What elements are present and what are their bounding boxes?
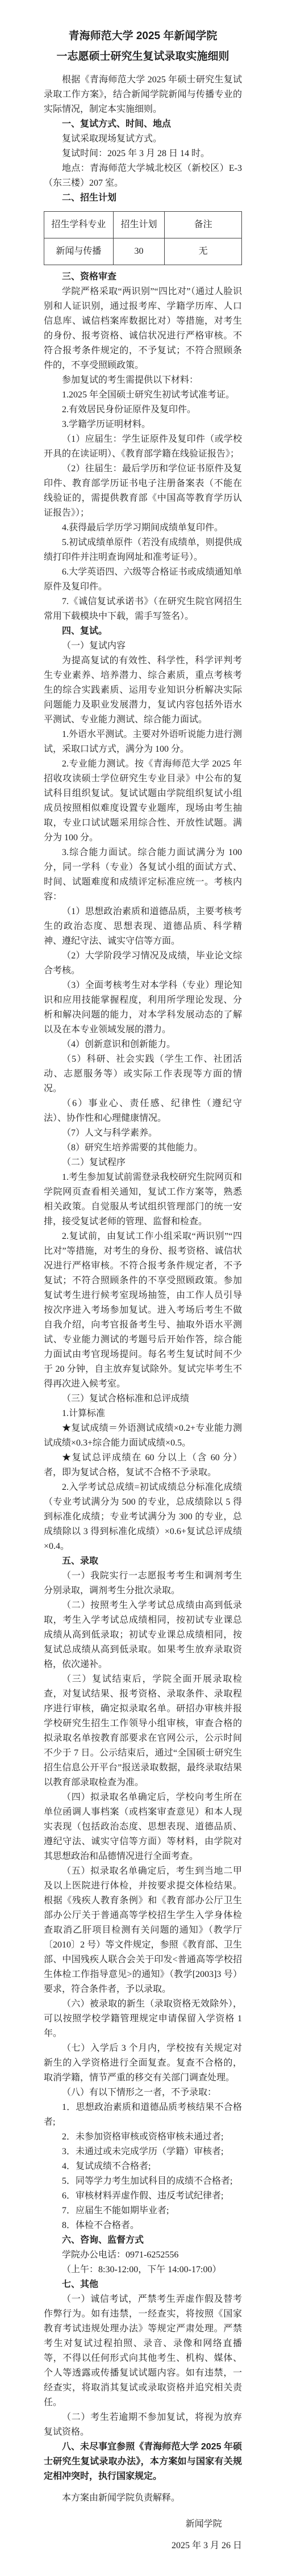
table-cell: 30: [113, 238, 164, 265]
paragraph: 1．思想政治素质和道德品质考核结果不合格者;: [44, 2100, 242, 2130]
paragraph: （4）创新意识和创新能力。: [44, 1037, 242, 1052]
paragraph: （二）复试程序: [44, 1155, 242, 1170]
paragraph: （3）全面考核考生对本学科（专业）理论知识和应用技能掌握程度，利用所学理论发现、…: [44, 978, 242, 1037]
paragraph: （2）大学阶段学习情况及成绩，毕业论文综合考核。: [44, 949, 242, 978]
paragraph: （二）考生若逾期不参加复试，将视为放弃复试资格。: [44, 2410, 242, 2440]
paragraph: 复试时间：2025 年 3 月 28 日 14 时。: [44, 146, 242, 161]
paragraph: 2．未参加资格审核或资格审核未通过者;: [44, 2130, 242, 2144]
paragraph: 5.初试成绩单原件（若没有成绩单，则提供成绩打印件并注明查询网址和准考证号）。: [44, 535, 242, 565]
paragraph: （七）入学后 3 个月内，学校按有关规定对新生的入学资格进行全面复查。复查不合格…: [44, 2041, 242, 2085]
admission-plan-table: 招生学科专业招生计划备注新闻与传播30无: [44, 211, 242, 265]
paragraph: （一）复试内容: [44, 639, 242, 654]
paragraph: 八、未尽事宜参照《青海师范大学 2025 年硕士研究生复试录取办法》，本方案如与…: [44, 2440, 242, 2484]
table-header-cell: 备注: [165, 212, 242, 238]
signature-date: 2025 年 3 月 26 日: [44, 2539, 242, 2553]
paragraph: 复试采取现场复试方式。: [44, 132, 242, 146]
paragraph: 7．应届生不能如期毕业者;: [44, 2204, 242, 2218]
paragraph: （六）被录取的新生（录取资格无效除外），可以按照学校学籍管理规定申请保留入学资格…: [44, 1997, 242, 2041]
paragraph: 本方案由新闻学院负责解释。: [44, 2491, 242, 2506]
paragraph: （一）诚信考试，严禁考生弄虚作假及替考作弊行为。如有违禁，一经查实，将按照《国家…: [44, 2292, 242, 2410]
document-page: 青海师范大学 2025 年新闻学院一志愿硕士研究生复试录取实施细则根据《青海师范…: [0, 0, 284, 2576]
section-heading: 六、咨询、监督方式: [44, 2233, 242, 2248]
paragraph: （6）事业心、责任感、纪律性（遵纪守法）、协作性和心理健康情况。: [44, 1096, 242, 1126]
paragraph: 4.获得最后学历学习期间成绩单复印件。: [44, 521, 242, 535]
paragraph: 6.大学英语四、六级等合格证书或成绩通知单原件及复印件。: [44, 565, 242, 594]
paragraph: 2.有效居民身份证原件及复印件。: [44, 403, 242, 417]
paragraph: 7.《诚信复试承诺书》（在研究生院官网招生常用下载模块中下载，需手写签名）。: [44, 594, 242, 624]
section-heading: 七、其他: [44, 2277, 242, 2292]
paragraph: 地点：青海师范大学城北校区（新校区）E-3（东三楼）207 室。: [44, 161, 242, 191]
paragraph: 学院办公电话：0971-6252556: [44, 2248, 242, 2263]
section-heading: 一、复试方式、时间、地点: [44, 117, 242, 132]
paragraph: （五）拟录取名单确定后，考生到当地二甲及以上医院进行体检，并按要求提交体检结果。…: [44, 1864, 242, 1997]
doc-title-line: 青海师范大学 2025 年新闻学院: [44, 26, 242, 47]
paragraph: （5）科研、社会实践（学生工作、社团活动、志愿服务等）或实际工作表现等方面的情况…: [44, 1052, 242, 1096]
paragraph: （二）按照考生入学考试总成绩由高到低录取，考生入学考试总成绩相同，按初试专业课总…: [44, 1598, 242, 1672]
paragraph: （三）复试合格标准和总评成绩: [44, 1392, 242, 1406]
table-cell: 无: [165, 238, 242, 265]
paragraph: 1.2025 年全国硕士研究生初试考试准考证。: [44, 388, 242, 403]
section-heading: 五、录取: [44, 1554, 242, 1569]
paragraph: 3.学籍学历证明材料。: [44, 417, 242, 432]
paragraph: （7）人文与科学素养。: [44, 1126, 242, 1141]
paragraph: 3．未通过或未完成学历（学籍）审核者;: [44, 2144, 242, 2159]
paragraph: （1）应届生：学生证原件及复印件（或学校开具的在读证明）、《教育部学籍在线验证报…: [44, 432, 242, 462]
paragraph: 4．复试成绩不合格者;: [44, 2159, 242, 2174]
paragraph: （一）我院实行一志愿报考考生和调剂考生分别录取，调剂考生分批次录取。: [44, 1569, 242, 1598]
table-header-row: 招生学科专业招生计划备注: [44, 212, 242, 238]
paragraph: （三）复试结束后，学院全面开展录取检查，对复试结果、报考资格、录取条件、录取程序…: [44, 1672, 242, 1790]
table-header-cell: 招生学科专业: [44, 212, 114, 238]
paragraph: 为提高复试的有效性、科学性，科学评判考生专业素养、培养潜力、综合素质，重点考核考…: [44, 654, 242, 727]
paragraph: 根据《青海师范大学 2025 年硕士研究生复试录取工作方案》，结合新闻学院新闻与…: [44, 73, 242, 117]
paragraph: （1）思想政治素质和道德品质，主要考核考生的政治态度、思想表现、道德品质、科学精…: [44, 904, 242, 949]
section-heading: 三、资格审查: [44, 270, 242, 284]
doc-title-line: 一志愿硕士研究生复试录取实施细则: [44, 47, 242, 67]
table-header-cell: 招生计划: [113, 212, 164, 238]
paragraph: 2.专业能力测试。按《青海师范大学 2025 年招收攻读硕士学位研究生专业目录》…: [44, 757, 242, 845]
paragraph: （上午：8:30-12:00，下午 14:00-17:00）: [44, 2263, 242, 2277]
table-cell: 新闻与传播: [44, 238, 114, 265]
paragraph: （8）研究生培养需要的其他能力。: [44, 1141, 242, 1155]
paragraph: 2.复试前，由复试工作小组采取“两识别”“四比对”等措施，对考生的身份、报考资格…: [44, 1229, 242, 1392]
signature-org: 新闻学院: [44, 2517, 242, 2532]
paragraph: 2.入学考试总成绩=初试成绩总分标准化成绩（专业考试满分为 500 的专业，总成…: [44, 1480, 242, 1554]
paragraph: 5．同等学力考生加试科目的成绩不合格者;: [44, 2174, 242, 2189]
paragraph: （八）有以下情形之一者，不予录取：: [44, 2085, 242, 2100]
paragraph: 6．审核材料弄虚作假、违反考试纪律者;: [44, 2189, 242, 2204]
paragraph: 参加复试的考生需提供以下材料：: [44, 373, 242, 388]
paragraph: 3.综合能力面试。综合能力面试满分为 100 分，同一学科（专业）各复试小组的面…: [44, 845, 242, 904]
paragraph: （四）拟录取名单确定后，学校向考生所在单位函调人事档案（或档案审查意见）和本人现…: [44, 1790, 242, 1864]
paragraph: （2）往届生：最后学历和学位证书原件及复印件、教育部学历证书电子注册备案表（不能…: [44, 462, 242, 521]
paragraph: 1.外语水平测试。主要对外语听说能力进行测试，采取口试方式，满分为 100 分。: [44, 727, 242, 757]
paragraph: ★复试成绩＝外语测试成绩×0.2+专业能力测试成绩×0.3+综合能力面试成绩×0…: [44, 1421, 242, 1451]
paragraph: ★复试总评成绩在 60 分以上（含 60 分）者，即为复试合格，复试不合格不予录…: [44, 1451, 242, 1480]
paragraph: 1.计算标准: [44, 1406, 242, 1421]
paragraph: 8．体检不合格者。: [44, 2218, 242, 2233]
section-heading: 四、复试。: [44, 624, 242, 639]
paragraph: 学院严格采取“两识别”“四比对”（通过人脸识别和人证识别，通过报考库、学籍学历库…: [44, 284, 242, 373]
table-row: 新闻与传播30无: [44, 238, 242, 265]
paragraph: 1.考生参加复试前需登录我校研究生院网页和学院网页查看相关通知，复试工作方案等，…: [44, 1170, 242, 1229]
section-heading: 二、招生计划: [44, 191, 242, 206]
